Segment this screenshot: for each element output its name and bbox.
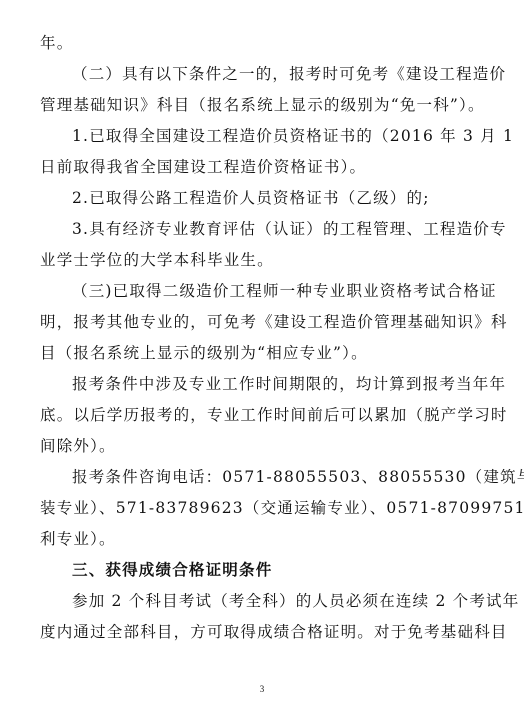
- paragraph-line: 底。以后学历报考的，专业工作时间前后可以累加（脱产学习时: [40, 400, 480, 431]
- paragraph-line: 报考条件中涉及专业工作时间期限的，均计算到报考当年年: [40, 369, 480, 400]
- paragraph-line: 目（报名系统上显示的级别为“相应专业”）。: [40, 338, 480, 369]
- paragraph-line: 度内通过全部科目，方可取得成绩合格证明。对于免考基础科目: [40, 617, 480, 648]
- paragraph-line: 管理基础知识》科目（报名系统上显示的级别为“免一科”）。: [40, 90, 480, 121]
- paragraph-line: 业学士学位的大学本科毕业生。: [40, 245, 480, 276]
- paragraph-line: 利专业）。: [40, 524, 480, 555]
- document-page: 年。 （二）具有以下条件之一的，报考时可免考《建设工程造价 管理基础知识》科目（…: [40, 28, 480, 648]
- paragraph-line: 间除外）。: [40, 431, 480, 462]
- paragraph-line: （二）具有以下条件之一的，报考时可免考《建设工程造价: [40, 59, 480, 90]
- section-heading: 三、获得成绩合格证明条件: [40, 555, 480, 586]
- paragraph-line: 3.具有经济专业教育评估（认证）的工程管理、工程造价专: [40, 214, 480, 245]
- paragraph-line: （三)已取得二级造价工程师一种专业职业资格考试合格证: [40, 276, 480, 307]
- paragraph-line: 参加 2 个科目考试（考全科）的人员必须在连续 2 个考试年: [40, 586, 480, 617]
- paragraph-line: 2.已取得公路工程造价人员资格证书（乙级）的;: [40, 183, 480, 214]
- paragraph-line: 日前取得我省全国建设工程造价资格证书）。: [40, 152, 480, 183]
- paragraph-line: 年。: [40, 28, 480, 59]
- paragraph-line: 报考条件咨询电话：0571-88055503、88055530（建筑与安: [40, 462, 480, 493]
- page-number: 3: [0, 684, 524, 694]
- paragraph-line: 明，报考其他专业的，可免考《建设工程造价管理基础知识》科: [40, 307, 480, 338]
- paragraph-line: 1.已取得全国建设工程造价员资格证书的（2016 年 3 月 1: [40, 121, 480, 152]
- paragraph-line: 装专业）、571-83789623（交通运输专业）、0571-87099751（…: [40, 493, 480, 524]
